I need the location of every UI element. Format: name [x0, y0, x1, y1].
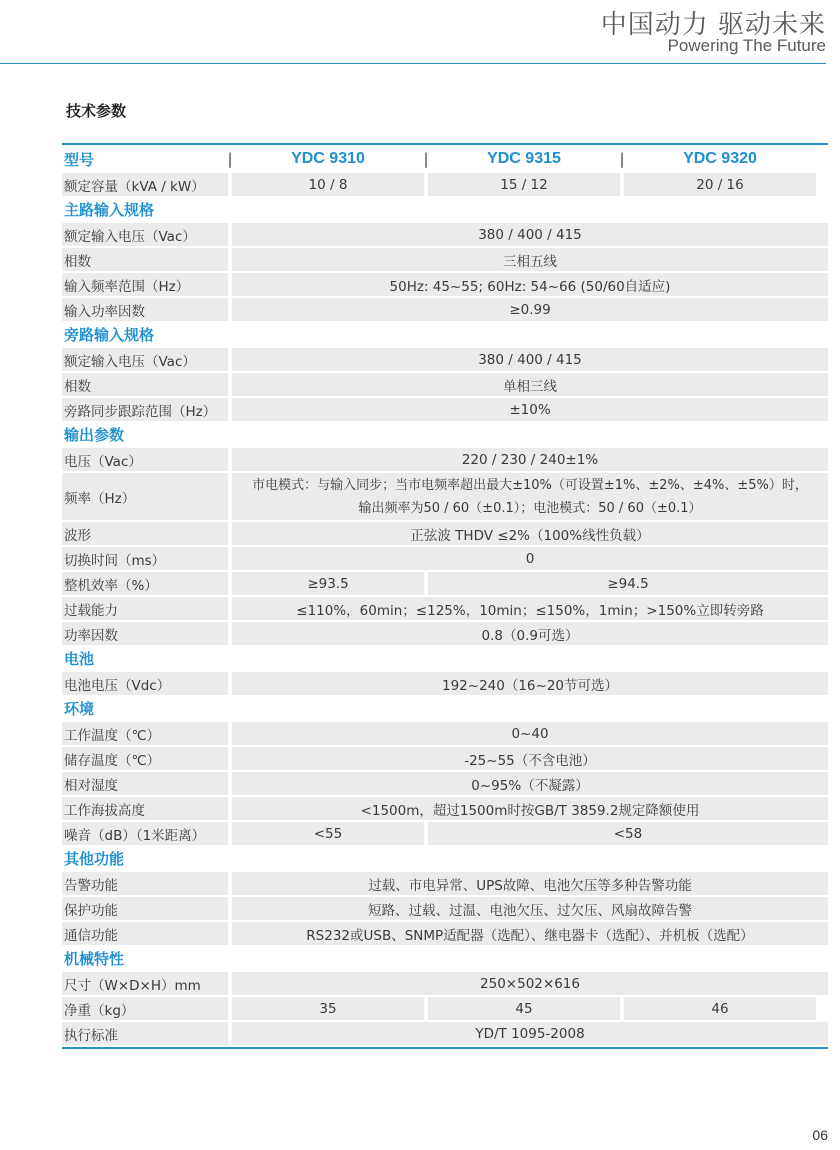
row-label: 告警功能: [62, 872, 228, 895]
row-label: 尺寸（W×D×H）mm: [62, 972, 228, 995]
row-value: 35: [232, 997, 424, 1020]
row-value: 0~95%（不凝露）: [232, 772, 828, 795]
table-row: 过载能力 ≤110%，60min；≤125%，10min；≤150%，1min；…: [62, 597, 828, 620]
table-row: 整机效率（%） ≥93.5 ≥94.5: [62, 572, 828, 595]
table-row: 旁路同步跟踪范围（Hz） ±10%: [62, 398, 828, 421]
category-output: 输出参数: [62, 422, 828, 446]
row-value: ≤110%，60min；≤125%，10min；≤150%，1min；>150%…: [232, 597, 828, 620]
row-value: YD/T 1095-2008: [232, 1022, 828, 1045]
row-label: 噪音（dB）（1米距离）: [62, 822, 228, 845]
row-label: 工作海拔高度: [62, 797, 228, 820]
row-value: 380 / 400 / 415: [232, 348, 828, 371]
row-label: 电池电压（Vdc）: [62, 672, 228, 695]
row-label: 执行标准: [62, 1022, 228, 1045]
row-label: 额定输入电压（Vac）: [62, 223, 228, 246]
row-label: 工作温度（℃）: [62, 722, 228, 745]
model-name: YDC 9315: [428, 150, 620, 168]
row-value: <58: [428, 822, 828, 845]
table-row: 频率（Hz） 市电模式：与输入同步；当市电频率超出最大±10%（可设置±1%、±…: [62, 473, 828, 520]
row-value: 250×502×616: [232, 972, 828, 995]
category-battery: 电池: [62, 646, 828, 670]
row-label: 额定容量（kVA / kW）: [62, 173, 228, 196]
table-row: 切换时间（ms） 0: [62, 547, 828, 570]
table-row: 工作温度（℃） 0~40: [62, 722, 828, 745]
table-row: 电压（Vac） 220 / 230 / 240±1%: [62, 448, 828, 471]
header-rule: [0, 63, 826, 64]
table-row: 额定输入电压（Vac） 380 / 400 / 415: [62, 348, 828, 371]
row-label: 额定输入电压（Vac）: [62, 348, 228, 371]
page-number: 06: [812, 1127, 828, 1143]
row-value: 45: [428, 997, 620, 1020]
row-value: 20 / 16: [624, 173, 816, 196]
row-value: -25~55（不含电池）: [232, 747, 828, 770]
row-label: 通信功能: [62, 922, 228, 945]
category-mechanical: 机械特性: [62, 946, 828, 970]
table-row: 输入功率因数 ≥0.99: [62, 298, 828, 321]
row-value: RS232或USB、SNMP适配器（选配）、继电器卡（选配）、并机板（选配）: [232, 922, 828, 945]
row-value: 192~240（16~20节可选）: [232, 672, 828, 695]
row-value: 市电模式：与输入同步；当市电频率超出最大±10%（可设置±1%、±2%、±4%、…: [232, 473, 828, 520]
spec-table: 型号 | YDC 9310 | YDC 9315 | YDC 9320 额定容量…: [62, 143, 828, 1049]
row-value: 正弦波 THDV ≤2%（100%线性负载）: [232, 522, 828, 545]
row-label: 相数: [62, 373, 228, 396]
table-row: 功率因数 0.8（0.9可选）: [62, 622, 828, 645]
row-value: <55: [232, 822, 424, 845]
row-label: 频率（Hz）: [62, 473, 228, 520]
row-value: 380 / 400 / 415: [232, 223, 828, 246]
row-value: 过载、市电异常、UPS故障、电池欠压等多种告警功能: [232, 872, 828, 895]
row-value: <1500m，超过1500m时按GB/T 3859.2规定降额使用: [232, 797, 828, 820]
row-value: 短路、过载、过温、电池欠压、过欠压、风扇故障告警: [232, 897, 828, 920]
table-row: 执行标准 YD/T 1095-2008: [62, 1022, 828, 1045]
row-label: 保护功能: [62, 897, 228, 920]
table-row: 通信功能 RS232或USB、SNMP适配器（选配）、继电器卡（选配）、并机板（…: [62, 922, 828, 945]
table-row: 储存温度（℃） -25~55（不含电池）: [62, 747, 828, 770]
table-row: 尺寸（W×D×H）mm 250×502×616: [62, 972, 828, 995]
row-value: 50Hz: 45~55; 60Hz: 54~66 (50/60自适应): [232, 273, 828, 296]
section-title: 技术参数: [66, 100, 126, 121]
category-main-input: 主路输入规格: [62, 197, 828, 221]
table-row: 额定容量（kVA / kW） 10 / 8 15 / 12 20 / 16: [62, 173, 828, 196]
row-label: 过载能力: [62, 597, 228, 620]
row-label: 相数: [62, 248, 228, 271]
table-row: 额定输入电压（Vac） 380 / 400 / 415: [62, 223, 828, 246]
table-row: 相数 三相五线: [62, 248, 828, 271]
model-name: YDC 9310: [232, 150, 424, 168]
row-label: 相对湿度: [62, 772, 228, 795]
model-name: YDC 9320: [624, 150, 816, 168]
table-row: 噪音（dB）（1米距离） <55 <58: [62, 822, 828, 845]
row-label: 切换时间（ms）: [62, 547, 228, 570]
row-value: 10 / 8: [232, 173, 424, 196]
row-value: 0.8（0.9可选）: [232, 622, 828, 645]
category-bypass-input: 旁路输入规格: [62, 322, 828, 346]
table-row: 波形 正弦波 THDV ≤2%（100%线性负载）: [62, 522, 828, 545]
row-label: 电压（Vac）: [62, 448, 228, 471]
row-value: ±10%: [232, 398, 828, 421]
row-label: 整机效率（%）: [62, 572, 228, 595]
table-top-rule: [62, 143, 828, 145]
row-label: 波形: [62, 522, 228, 545]
row-value: ≥0.99: [232, 298, 828, 321]
model-label: 型号: [62, 149, 228, 170]
row-value: 三相五线: [232, 248, 828, 271]
frequency-line-1: 市电模式：与输入同步；当市电频率超出最大±10%（可设置±1%、±2%、±4%、…: [252, 474, 808, 497]
row-label: 输入频率范围（Hz）: [62, 273, 228, 296]
table-row: 工作海拔高度 <1500m，超过1500m时按GB/T 3859.2规定降额使用: [62, 797, 828, 820]
category-environment: 环境: [62, 696, 828, 720]
table-row: 告警功能 过载、市电异常、UPS故障、电池欠压等多种告警功能: [62, 872, 828, 895]
row-value: 15 / 12: [428, 173, 620, 196]
table-row: 保护功能 短路、过载、过温、电池欠压、过欠压、风扇故障告警: [62, 897, 828, 920]
row-value: 单相三线: [232, 373, 828, 396]
row-label: 功率因数: [62, 622, 228, 645]
table-row: 净重（kg） 35 45 46: [62, 997, 828, 1020]
table-row: 相数 单相三线: [62, 373, 828, 396]
row-value: 0: [232, 547, 828, 570]
row-label: 储存温度（℃）: [62, 747, 228, 770]
model-header-row: 型号 | YDC 9310 | YDC 9315 | YDC 9320: [62, 147, 828, 171]
table-row: 电池电压（Vdc） 192~240（16~20节可选）: [62, 672, 828, 695]
row-label: 输入功率因数: [62, 298, 228, 321]
slogan-en: Powering The Future: [668, 36, 826, 56]
row-value: 46: [624, 997, 816, 1020]
row-value: 0~40: [232, 722, 828, 745]
row-label: 净重（kg）: [62, 997, 228, 1020]
row-value: 220 / 230 / 240±1%: [232, 448, 828, 471]
frequency-line-2: 输出频率为50 / 60（±0.1）；电池模式：50 / 60（±0.1）: [358, 497, 701, 520]
row-label: 旁路同步跟踪范围（Hz）: [62, 398, 228, 421]
row-value: ≥94.5: [428, 572, 828, 595]
table-row: 输入频率范围（Hz） 50Hz: 45~55; 60Hz: 54~66 (50/…: [62, 273, 828, 296]
category-other-functions: 其他功能: [62, 846, 828, 870]
row-value: ≥93.5: [232, 572, 424, 595]
table-bottom-rule: [62, 1047, 828, 1049]
table-row: 相对湿度 0~95%（不凝露）: [62, 772, 828, 795]
